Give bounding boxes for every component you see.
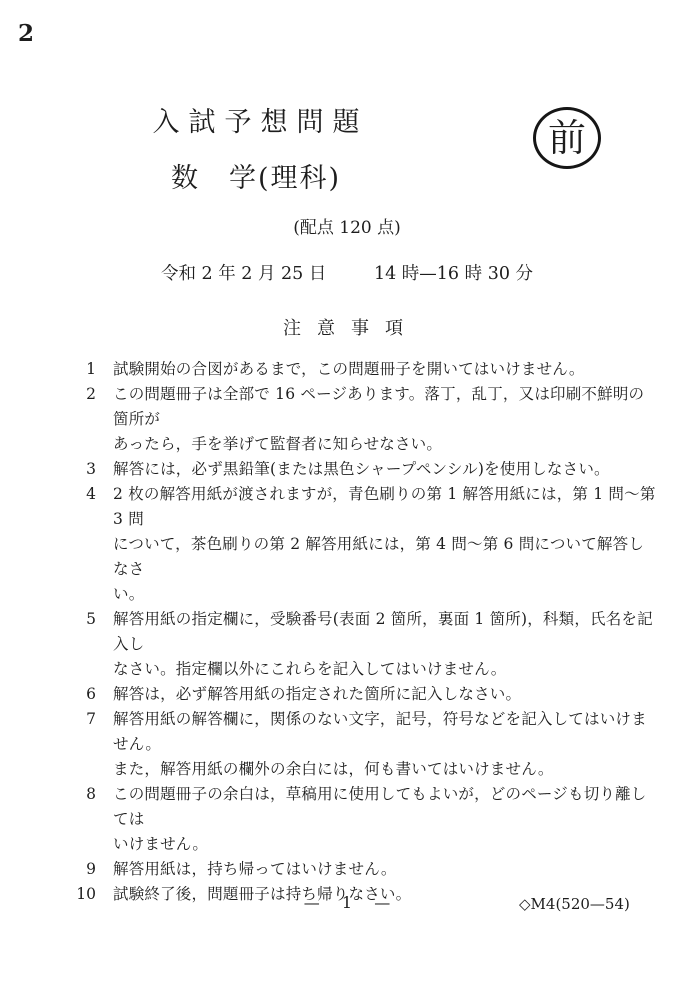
note-item: 8この問題冊子の余白は，草稿用に使用してもよいが，どのページも切り離しては いけ… — [76, 782, 656, 857]
note-number: 3 — [76, 457, 96, 482]
zenki-stamp-circle: 前 — [533, 107, 601, 169]
note-item: 3解答には，必ず黒鉛筆(または黒色シャープペンシル)を使用しなさい。 — [76, 457, 656, 482]
note-number: 7 — [76, 707, 96, 732]
note-text: 解答用紙は，持ち帰ってはいけません。 — [113, 857, 656, 882]
zenki-stamp-label: 前 — [548, 119, 586, 157]
page-title: 入試予想問題 — [0, 100, 512, 139]
note-text: この問題冊子は全部で 16 ページあります。落丁，乱丁，又は印刷不鮮明の箇所が … — [113, 382, 656, 457]
exam-cover-page: 2 入試予想問題 数 学(理科) 前 (配点 120 点) 令和 2 年 2 月… — [0, 0, 694, 985]
note-number: 9 — [76, 857, 96, 882]
exam-date: 令和 2 年 2 月 25 日 — [161, 264, 326, 284]
note-number: 8 — [76, 782, 96, 807]
title-block: 入試予想問題 数 学(理科) — [0, 100, 512, 195]
notes-list: 1試験開始の合図があるまで，この問題冊子を開いてはいけません。2この問題冊子は全… — [76, 357, 656, 907]
note-item: 9解答用紙は，持ち帰ってはいけません。 — [76, 857, 656, 882]
note-item: 6解答は，必ず解答用紙の指定された箇所に記入しなさい。 — [76, 682, 656, 707]
note-number: 2 — [76, 382, 96, 407]
note-item: 7解答用紙の解答欄に，関係のない文字，記号，符号などを記入してはいけません。 ま… — [76, 707, 656, 782]
note-number: 4 — [76, 482, 96, 507]
note-item: 1試験開始の合図があるまで，この問題冊子を開いてはいけません。 — [76, 357, 656, 382]
notes-heading: 注意事項 — [0, 314, 686, 340]
note-text: 解答用紙の解答欄に，関係のない文字，記号，符号などを記入してはいけません。 また… — [113, 707, 656, 782]
note-text: 解答用紙の指定欄に，受験番号(表面 2 箇所，裏面 1 箇所)，科類，氏名を記入… — [113, 607, 656, 682]
note-text: この問題冊子の余白は，草稿用に使用してもよいが，どのページも切り離しては いけま… — [113, 782, 656, 857]
booklet-corner-number: 2 — [18, 20, 34, 47]
note-text: 解答には，必ず黒鉛筆(または黒色シャープペンシル)を使用しなさい。 — [113, 457, 656, 482]
note-number: 5 — [76, 607, 96, 632]
note-item: 42 枚の解答用紙が渡されますが，青色刷りの第 1 解答用紙には，第 1 問～第… — [76, 482, 656, 607]
points-allocation: (配点 120 点) — [0, 213, 694, 238]
note-text: 試験開始の合図があるまで，この問題冊子を開いてはいけません。 — [113, 357, 656, 382]
note-text: 解答は，必ず解答用紙の指定された箇所に記入しなさい。 — [113, 682, 656, 707]
note-number: 6 — [76, 682, 96, 707]
note-number: 1 — [76, 357, 96, 382]
note-item: 5解答用紙の指定欄に，受験番号(表面 2 箇所，裏面 1 箇所)，科類，氏名を記… — [76, 607, 656, 682]
print-code: ◇M4(520—54) — [519, 895, 630, 913]
note-text: 2 枚の解答用紙が渡されますが，青色刷りの第 1 解答用紙には，第 1 問～第 … — [113, 482, 656, 607]
note-item: 2この問題冊子は全部で 16 ページあります。落丁，乱丁，又は印刷不鮮明の箇所が… — [76, 382, 656, 457]
exam-time: 14 時—16 時 30 分 — [374, 264, 533, 284]
page-subtitle: 数 学(理科) — [0, 156, 512, 195]
exam-schedule: 令和 2 年 2 月 25 日 14 時—16 時 30 分 — [0, 260, 694, 285]
